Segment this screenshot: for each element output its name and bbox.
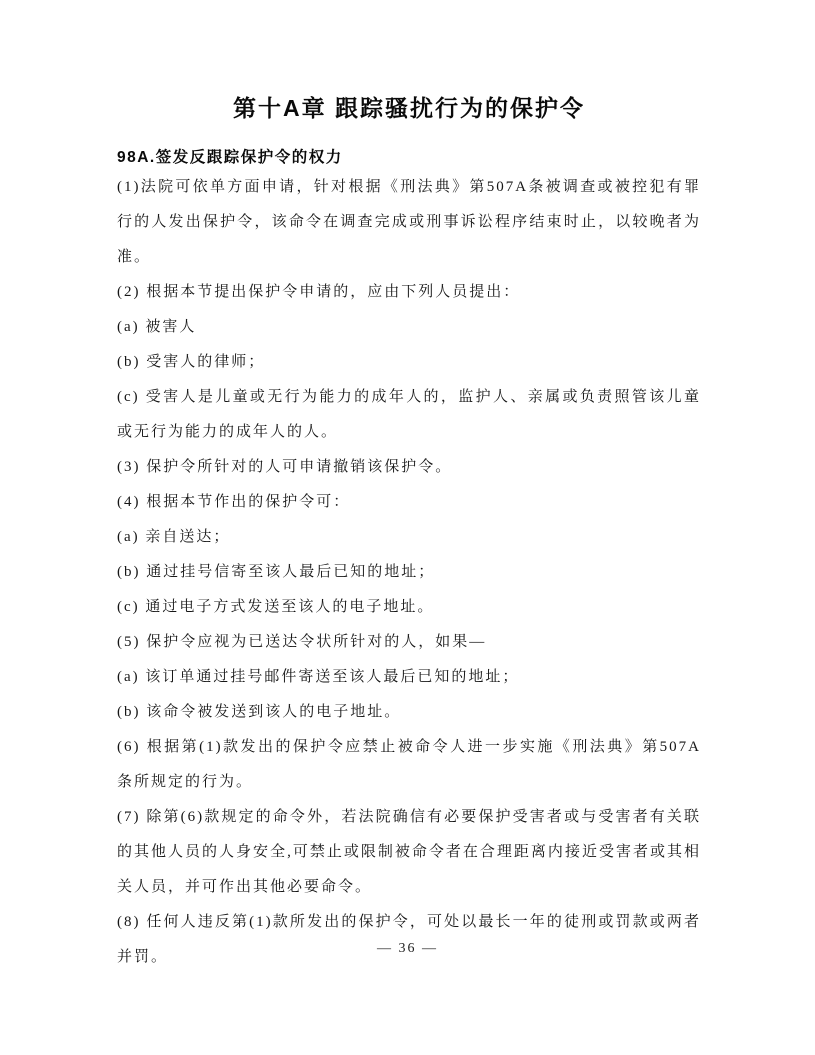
- paragraph-5: (5) 保护令应视为已送达令状所针对的人，如果—: [117, 625, 701, 660]
- paragraph-2b: (b) 受害人的律师；: [117, 345, 701, 380]
- document-content: 第十A章 跟踪骚扰行为的保护令 98A.签发反跟踪保护令的权力 (1)法院可依单…: [117, 0, 701, 975]
- paragraph-4a: (a) 亲自送达；: [117, 520, 701, 555]
- paragraph-7: (7) 除第(6)款规定的命令外，若法院确信有必要保护受害者或与受害者有关联的其…: [117, 800, 701, 905]
- paragraph-5b: (b) 该命令被发送到该人的电子地址。: [117, 695, 701, 730]
- paragraph-6: (6) 根据第(1)款发出的保护令应禁止被命令人进一步实施《刑法典》第507A条…: [117, 730, 701, 800]
- paragraph-8: (8) 任何人违反第(1)款所发出的保护令，可处以最长一年的徒刑或罚款或两者并罚…: [117, 905, 701, 975]
- paragraph-4: (4) 根据本节作出的保护令可：: [117, 485, 701, 520]
- paragraph-2c: (c) 受害人是儿童或无行为能力的成年人的，监护人、亲属或负责照管该儿童或无行为…: [117, 380, 701, 450]
- document-page: 第十A章 跟踪骚扰行为的保护令 98A.签发反跟踪保护令的权力 (1)法院可依单…: [0, 0, 815, 1055]
- paragraph-3: (3) 保护令所针对的人可申请撤销该保护令。: [117, 450, 701, 485]
- paragraph-2a: (a) 被害人: [117, 310, 701, 345]
- paragraph-2: (2) 根据本节提出保护令申请的，应由下列人员提出：: [117, 275, 701, 310]
- document-body: (1)法院可依单方面申请，针对根据《刑法典》第507A条被调查或被控犯有罪行的人…: [117, 170, 701, 975]
- chapter-title: 第十A章 跟踪骚扰行为的保护令: [117, 93, 701, 123]
- paragraph-4b: (b) 通过挂号信寄至该人最后已知的地址；: [117, 555, 701, 590]
- paragraph-4c: (c) 通过电子方式发送至该人的电子地址。: [117, 590, 701, 625]
- page-number: — 36 —: [0, 941, 815, 957]
- paragraph-1: (1)法院可依单方面申请，针对根据《刑法典》第507A条被调查或被控犯有罪行的人…: [117, 170, 701, 275]
- section-heading: 98A.签发反跟踪保护令的权力: [117, 148, 701, 168]
- paragraph-5a: (a) 该订单通过挂号邮件寄送至该人最后已知的地址；: [117, 660, 701, 695]
